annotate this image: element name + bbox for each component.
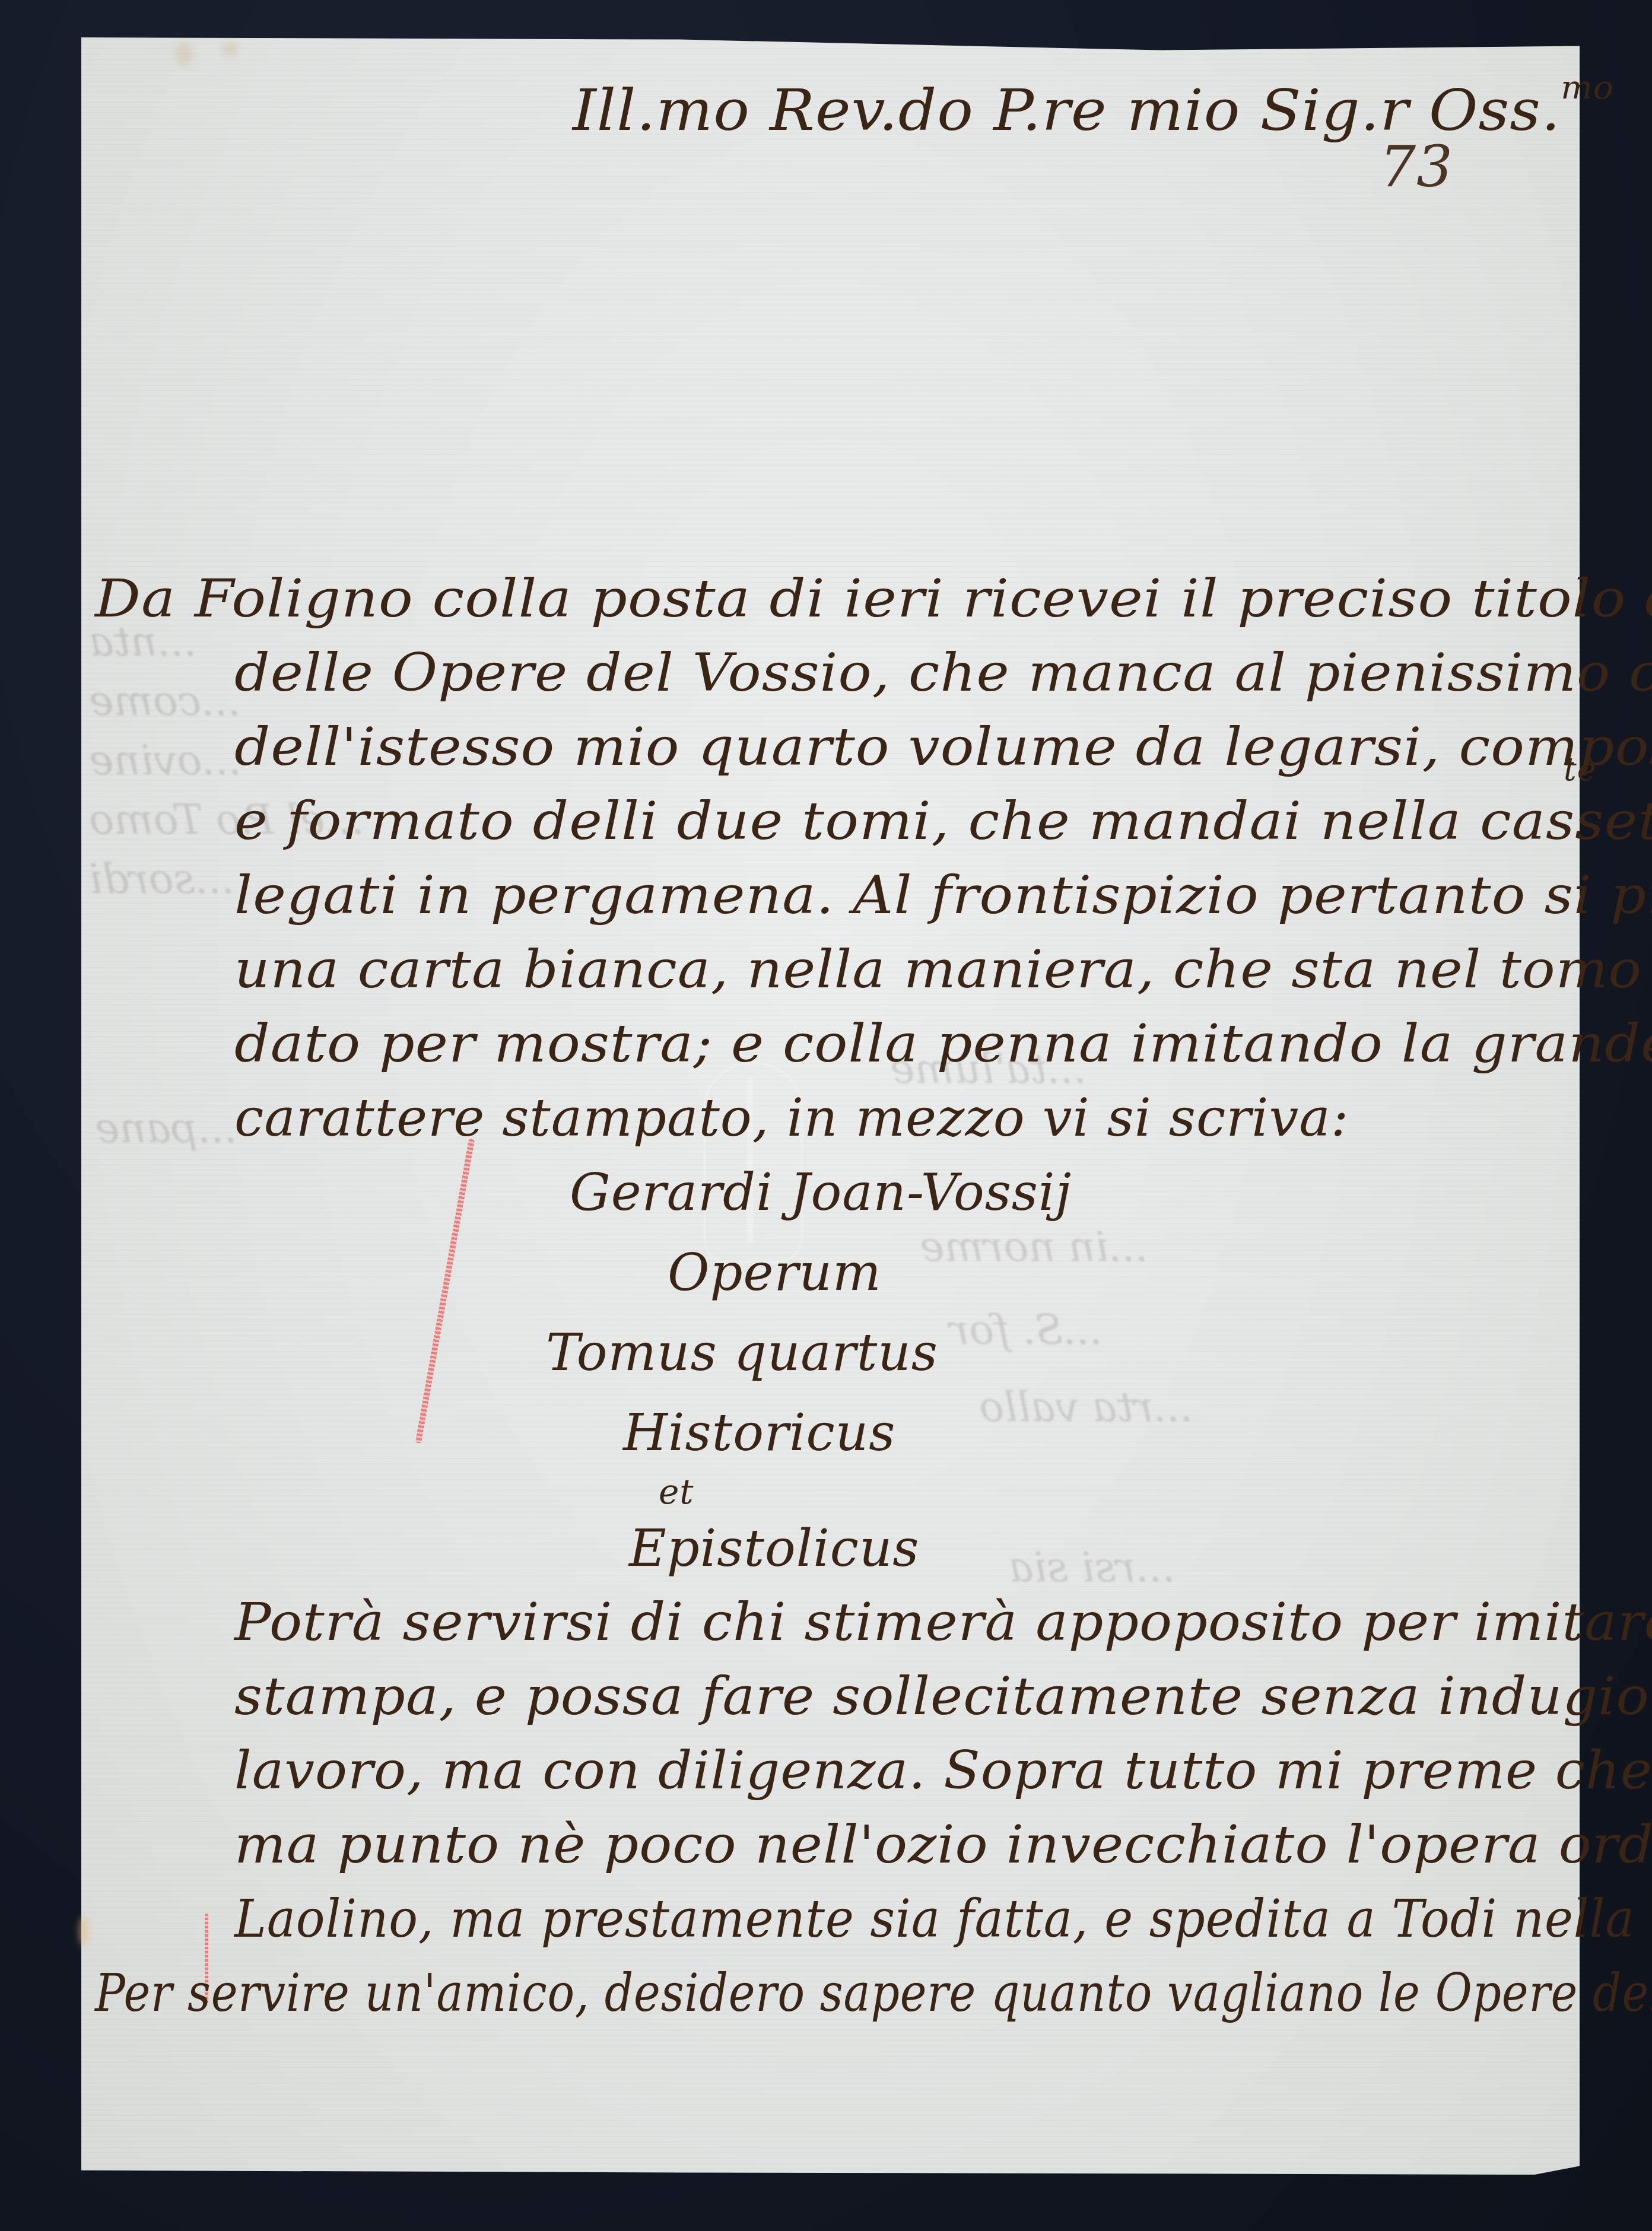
salutation: Ill.mo Rev.do P.re mio Sig.r Oss.mo (573, 77, 1614, 144)
bleed-through-text: ...S. for (949, 1305, 1103, 1354)
salutation-superscript: mo (1561, 69, 1614, 106)
paper-stain (79, 1917, 88, 1946)
bleed-through-text: ...ovine (89, 736, 242, 784)
bleed-through-text: ...come (89, 676, 241, 725)
paragraph-1-interlinear: te (1564, 754, 1597, 786)
title-block-line: et (659, 1472, 694, 1512)
title-block-line: Historicus (623, 1403, 895, 1463)
paragraph-1-line: legati in pergamena. Al frontispizio per… (234, 869, 1652, 921)
paper-stain (175, 42, 193, 65)
paragraph-1-line: delle Opere del Vossio, che manca al pie… (234, 647, 1652, 699)
bleed-through-text: ...in norme (920, 1222, 1148, 1271)
paragraph-2-line: Potrà servirsi di chi stimerà appoposito… (234, 1596, 1652, 1648)
paragraph-1-line: Da Foligno colla posta di ieri ricevei i… (95, 573, 1652, 625)
paragraph-2-line: Per servire un'amico, desidero sapere qu… (95, 1967, 1652, 2019)
paragraph-2-line: lavoro, ma con diligenza. Sopra tutto mi… (234, 1744, 1652, 1797)
page-number: 73 (1380, 134, 1453, 200)
bleed-through-text: ...pane (95, 1104, 237, 1152)
bleed-through-text: ...rta vallo (979, 1383, 1193, 1431)
title-block-line: Tomus quartus (546, 1323, 938, 1383)
paragraph-1-line: e formato delli due tomi, che mandai nel… (234, 795, 1652, 847)
paragraph-2-line: stampa, e possa fare sollecitamente senz… (234, 1670, 1652, 1722)
paragraph-2-line: ma punto nè poco nell'ozio invecchiato l… (234, 1819, 1652, 1871)
paragraph-2-line: Laolino, ma prestamente sia fatta, e spe… (234, 1893, 1652, 1945)
title-block-line: Gerardi Joan-Vossij (570, 1163, 1072, 1222)
bleed-through-text: ...rsi sia (1009, 1543, 1176, 1591)
bleed-through-text: ...sordi (89, 854, 234, 903)
paragraph-1-line: carattere stampato, in mezzo vi si scriv… (234, 1092, 1349, 1144)
paragraph-1-line: una carta bianca, nella maniera, che sta… (234, 943, 1652, 996)
paragraph-1-line: dato per mostra; e colla penna imitando … (234, 1018, 1652, 1070)
title-block-line: Operum (668, 1243, 882, 1302)
title-block-line: Epistolicus (629, 1519, 920, 1578)
paper-stain (223, 42, 238, 57)
paragraph-1-line: dell'istesso mio quarto volume da legars… (234, 721, 1652, 773)
